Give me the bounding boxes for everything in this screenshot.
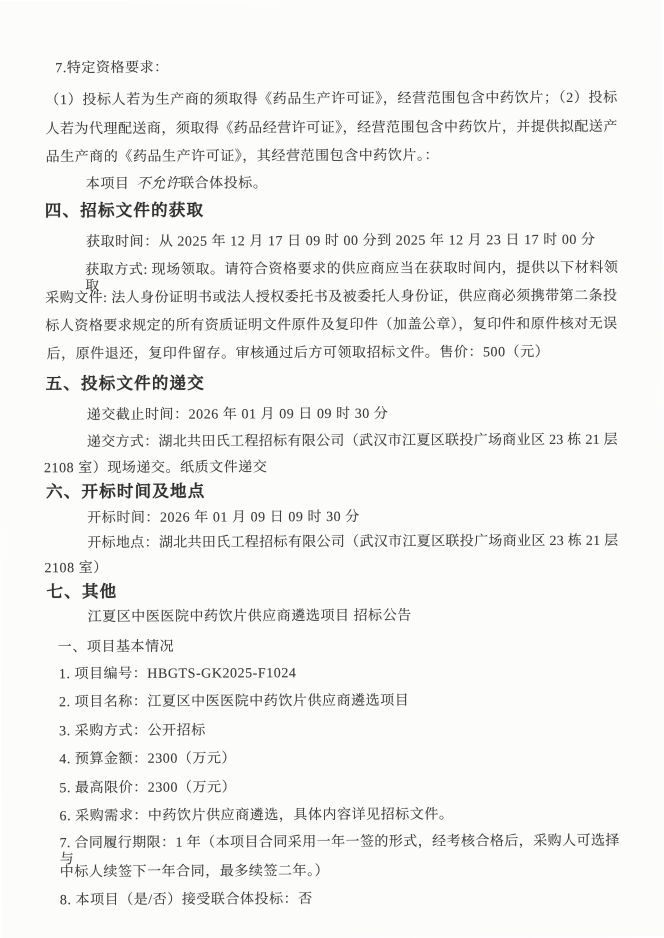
obtain-method-line-3: 标人资格要求规定的所有资质证明文件原件及复印件（加盖公章），复印件和原件核对无误 bbox=[45, 317, 617, 335]
opening-place-line-1: 开标地点：湖北共田氏工程招标有限公司（武汉市江夏区联投广场商业区 23 栋 21… bbox=[87, 534, 618, 552]
basic-info-heading: 一、项目基本情况 bbox=[58, 640, 174, 657]
obtain-method-line-4: 后，原件退还，复印件留存。审核通过后方可领取招标文件。售价：500（元） bbox=[46, 345, 549, 363]
project-announcement-title: 江夏区中医医院中药饮片供应商遴选项目 招标公告 bbox=[88, 609, 412, 626]
submit-deadline: 递交截止时间：2026 年 01 月 09 日 09 时 30 分 bbox=[87, 407, 389, 424]
consortium-acceptance: 8. 本项目（是/否）接受联合体投标：否 bbox=[60, 892, 313, 909]
submit-method-line-1: 递交方式：湖北共田氏工程招标有限公司（武汉市江夏区联投广场商业区 23 栋 21… bbox=[87, 433, 618, 451]
submit-method-line-2: 2108 室）现场递交。纸质文件递交 bbox=[44, 460, 267, 477]
obtain-time: 获取时间：从 2025 年 12 月 17 日 09 时 00 分到 2025 … bbox=[86, 233, 596, 251]
obtain-method-line-2: 采购文件: 法人身份证明书或法人授权委托书及被委托人身份证，供应商必须携带第二条… bbox=[45, 289, 617, 307]
consortium-note-italic: 不允许 bbox=[136, 177, 180, 192]
section-5-heading: 五、投标文件的递交 bbox=[46, 376, 205, 393]
contract-term-line-2: 中标人续签下一年合同，最多续签二年。） bbox=[60, 864, 330, 881]
contract-term-line-1: 7. 合同履行期限：1 年（本项目合同采用一年一签的形式，经考核合格后，采购人可… bbox=[60, 834, 620, 868]
consortium-note-suffix: 联合体投标。 bbox=[180, 176, 267, 191]
consortium-note-prefix: 本项目 bbox=[86, 177, 130, 192]
section-6-heading: 六、开标时间及地点 bbox=[46, 484, 205, 501]
opening-place-line-2: 2108 室） bbox=[44, 561, 107, 577]
consortium-note: 本项目不允许联合体投标。 bbox=[86, 176, 268, 193]
section-7-heading: 七、其他 bbox=[47, 584, 118, 600]
qualification-line-2: 人若为代理配送商，须取得《药品经营许可证》，经营范围包含中药饮片，并提供拟配送产 bbox=[45, 120, 617, 138]
procurement-demand: 6. 采购需求：中药饮片供应商遴选，具体内容详见招标文件。 bbox=[59, 807, 453, 825]
section-4-heading: 四、招标文件的获取 bbox=[45, 203, 204, 220]
opening-time: 开标时间：2026 年 01 月 09 日 09 时 30 分 bbox=[87, 510, 360, 527]
max-price: 5. 最高限价：2300（万元） bbox=[59, 780, 236, 797]
procurement-method: 3. 采购方式：公开招标 bbox=[59, 724, 206, 741]
qualification-heading: 7.特定资格要求： bbox=[55, 61, 169, 77]
project-number: 1. 项目编号：HBGTS-GK2025-F1024 bbox=[59, 666, 297, 683]
qualification-line-3: 品生产商的《药品生产许可证》，其经营范围包含中药饮片。： bbox=[46, 149, 439, 167]
budget-amount: 4. 预算金额：2300（万元） bbox=[59, 751, 236, 768]
qualification-line-1: （1）投标人若为生产商的须取得《药品生产许可证》，经营范围包含中药饮片；（2）投… bbox=[45, 91, 617, 109]
project-name: 2. 项目名称：江夏区中医医院中药饮片供应商遴选项目 bbox=[59, 694, 409, 712]
document-page: 7.特定资格要求： （1）投标人若为生产商的须取得《药品生产许可证》，经营范围包… bbox=[0, 0, 664, 938]
